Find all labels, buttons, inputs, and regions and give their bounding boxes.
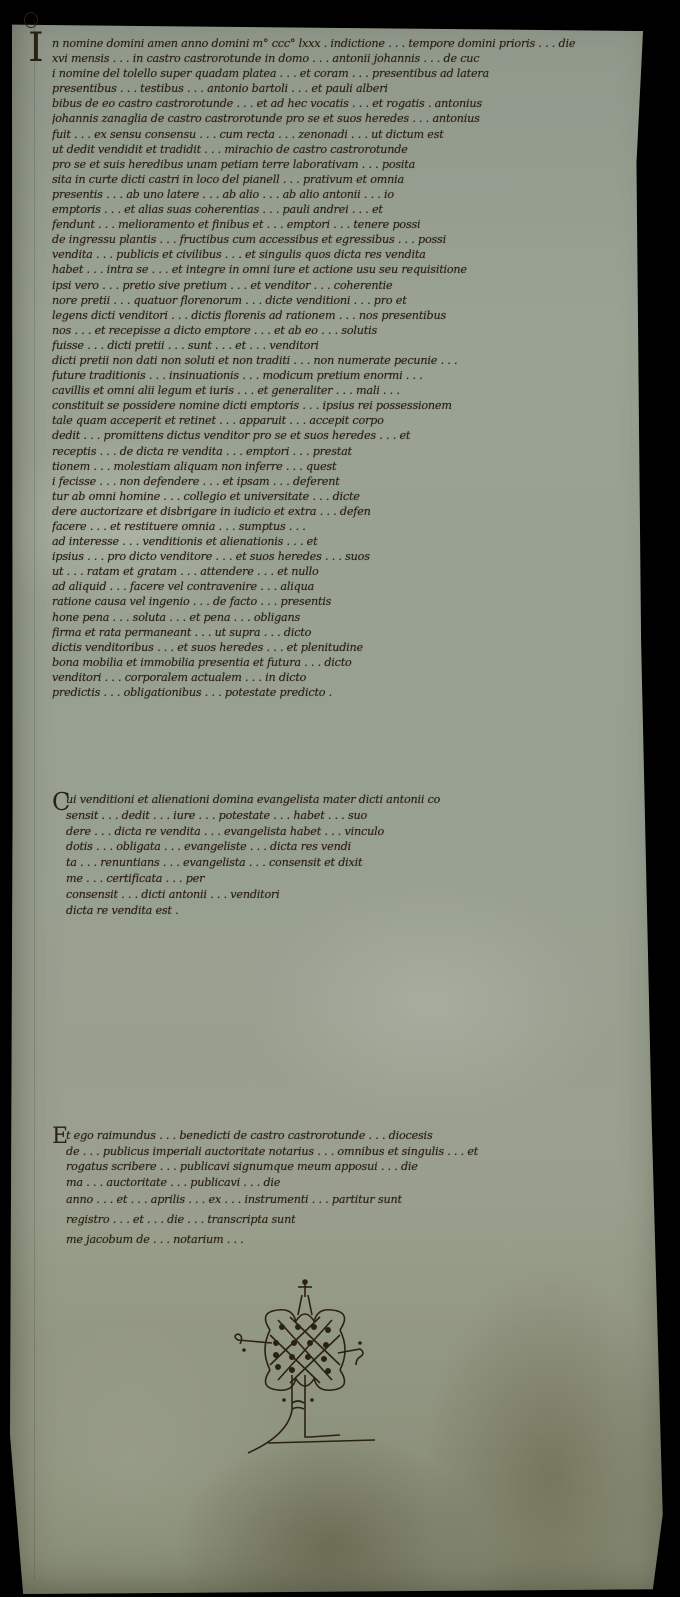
- manuscript-line: fuisse . . . dicti pretii . . . sunt . .…: [52, 338, 632, 353]
- manuscript-line: registro . . . et . . . die . . . transc…: [66, 1210, 656, 1230]
- manuscript-line: ratione causa vel ingenio . . . de facto…: [52, 594, 632, 609]
- manuscript-line: dicta re vendita est .: [66, 903, 636, 919]
- manuscript-line: venditori . . . corporalem actualem . . …: [52, 670, 632, 685]
- manuscript-line: fuit . . . ex sensu consensu . . . cum r…: [52, 127, 632, 142]
- manuscript-line: me . . . certificata . . . per: [66, 871, 636, 887]
- manuscript-line: constituit se possidere nomine dicti emp…: [52, 398, 632, 413]
- manuscript-line: t ego raimundus . . . benedicti de castr…: [66, 1128, 656, 1144]
- body-text-block: n nomine domini amen anno domini m° ccc°…: [52, 36, 632, 700]
- manuscript-line: ut dedit vendidit et tradidit . . . mira…: [52, 142, 632, 157]
- manuscript-line: dictis venditoribus . . . et suos herede…: [52, 640, 632, 655]
- manuscript-line: predictis . . . obligationibus . . . pot…: [52, 685, 632, 700]
- manuscript-line: emptoris . . . et alias suas coherentias…: [52, 202, 632, 217]
- manuscript-line: dicti pretii non dati non soluti et non …: [52, 353, 632, 368]
- manuscript-line: legens dicti venditori . . . dictis flor…: [52, 308, 632, 323]
- manuscript-line: de ingressu plantis . . . fructibus cum …: [52, 232, 632, 247]
- manuscript-line: cavillis et omni alii legum et iuris . .…: [52, 383, 632, 398]
- manuscript-line: tur ab omni homine . . . collegio et uni…: [52, 489, 632, 504]
- manuscript-line: vendita . . . publicis et civilibus . . …: [52, 247, 632, 262]
- manuscript-line: ad interesse . . . venditionis et aliena…: [52, 534, 632, 549]
- manuscript-line: me jacobum de . . . notarium . . .: [66, 1230, 656, 1250]
- manuscript-line: presentis . . . ab uno latere . . . ab a…: [52, 187, 632, 202]
- manuscript-line: tionem . . . molestiam aliquam non infer…: [52, 459, 632, 474]
- manuscript-line: sensit . . . dedit . . . iure . . . pote…: [66, 808, 636, 824]
- manuscript-line: ipsi vero . . . pretio sive pretium . . …: [52, 278, 632, 293]
- manuscript-line: dotis . . . obligata . . . evangeliste .…: [66, 839, 636, 855]
- manuscript-line: sita in curte dicti castri in loco del p…: [52, 172, 632, 187]
- manuscript-line: bibus de eo castro castrorotunde . . . e…: [52, 96, 632, 111]
- manuscript-line: dere . . . dicta re vendita . . . evange…: [66, 824, 636, 840]
- manuscript-line: ui venditioni et alienationi domina evan…: [66, 792, 636, 808]
- manuscript-line: anno . . . et . . . aprilis . . . ex . .…: [66, 1190, 656, 1210]
- manuscript-line: johannis zanaglia de castro castrorotund…: [52, 111, 632, 126]
- manuscript-line: pro se et suis heredibus unam petiam ter…: [52, 157, 632, 172]
- manuscript-line: nos . . . et recepisse a dicto emptore .…: [52, 323, 632, 338]
- manuscript-line: ad aliquid . . . facere vel contravenire…: [52, 579, 632, 594]
- margin-ruling-line: [34, 20, 35, 1580]
- manuscript-line: ipsius . . . pro dicto venditore . . . e…: [52, 549, 632, 564]
- manuscript-line: nore pretii . . . quatuor florenorum . .…: [52, 293, 632, 308]
- manuscript-line: facere . . . et restituere omnia . . . s…: [52, 519, 632, 534]
- manuscript-line: receptis . . . de dicta re vendita . . .…: [52, 444, 632, 459]
- manuscript-line: presentibus . . . testibus . . . antonio…: [52, 81, 632, 96]
- manuscript-line: hone pena . . . soluta . . . et pena . .…: [52, 610, 632, 625]
- manuscript-line: tale quam acceperit et retinet . . . app…: [52, 413, 632, 428]
- manuscript-line: xvi mensis . . . in castro castrorotunde…: [52, 51, 632, 66]
- notarial-signet-icon: [210, 1275, 400, 1455]
- manuscript-line: bona mobilia et immobilia presentia et f…: [52, 655, 632, 670]
- manuscript-line: i nomine del tolello super quadam platea…: [52, 66, 632, 81]
- notary-subscription-block: t ego raimundus . . . benedicti de castr…: [66, 1128, 656, 1250]
- consent-text-block: ui venditioni et alienationi domina evan…: [66, 792, 636, 918]
- manuscript-line: dedit . . . promittens dictus venditor p…: [52, 428, 632, 443]
- manuscript-line: ta . . . renuntians . . . evangelista . …: [66, 855, 636, 871]
- manuscript-line: future traditionis . . . insinuationis .…: [52, 368, 632, 383]
- manuscript-line: de . . . publicus imperiali auctoritate …: [66, 1144, 656, 1160]
- manuscript-line: fendunt . . . melioramento et finibus et…: [52, 217, 632, 232]
- manuscript-line: n nomine domini amen anno domini m° ccc°…: [52, 36, 632, 51]
- manuscript-line: consensit . . . dicti antonii . . . vend…: [66, 887, 636, 903]
- manuscript-line: habet . . . intra se . . . et integre in…: [52, 262, 632, 277]
- body-initial: I: [28, 28, 44, 68]
- manuscript-line: rogatus scribere . . . publicavi signumq…: [66, 1159, 656, 1175]
- manuscript-line: ut . . . ratam et gratam . . . attendere…: [52, 564, 632, 579]
- manuscript-line: dere auctorizare et disbrigare in iudici…: [52, 504, 632, 519]
- manuscript-line: i fecisse . . . non defendere . . . et i…: [52, 474, 632, 489]
- manuscript-line: ma . . . auctoritate . . . publicavi . .…: [66, 1175, 656, 1191]
- manuscript-line: firma et rata permaneant . . . ut supra …: [52, 625, 632, 640]
